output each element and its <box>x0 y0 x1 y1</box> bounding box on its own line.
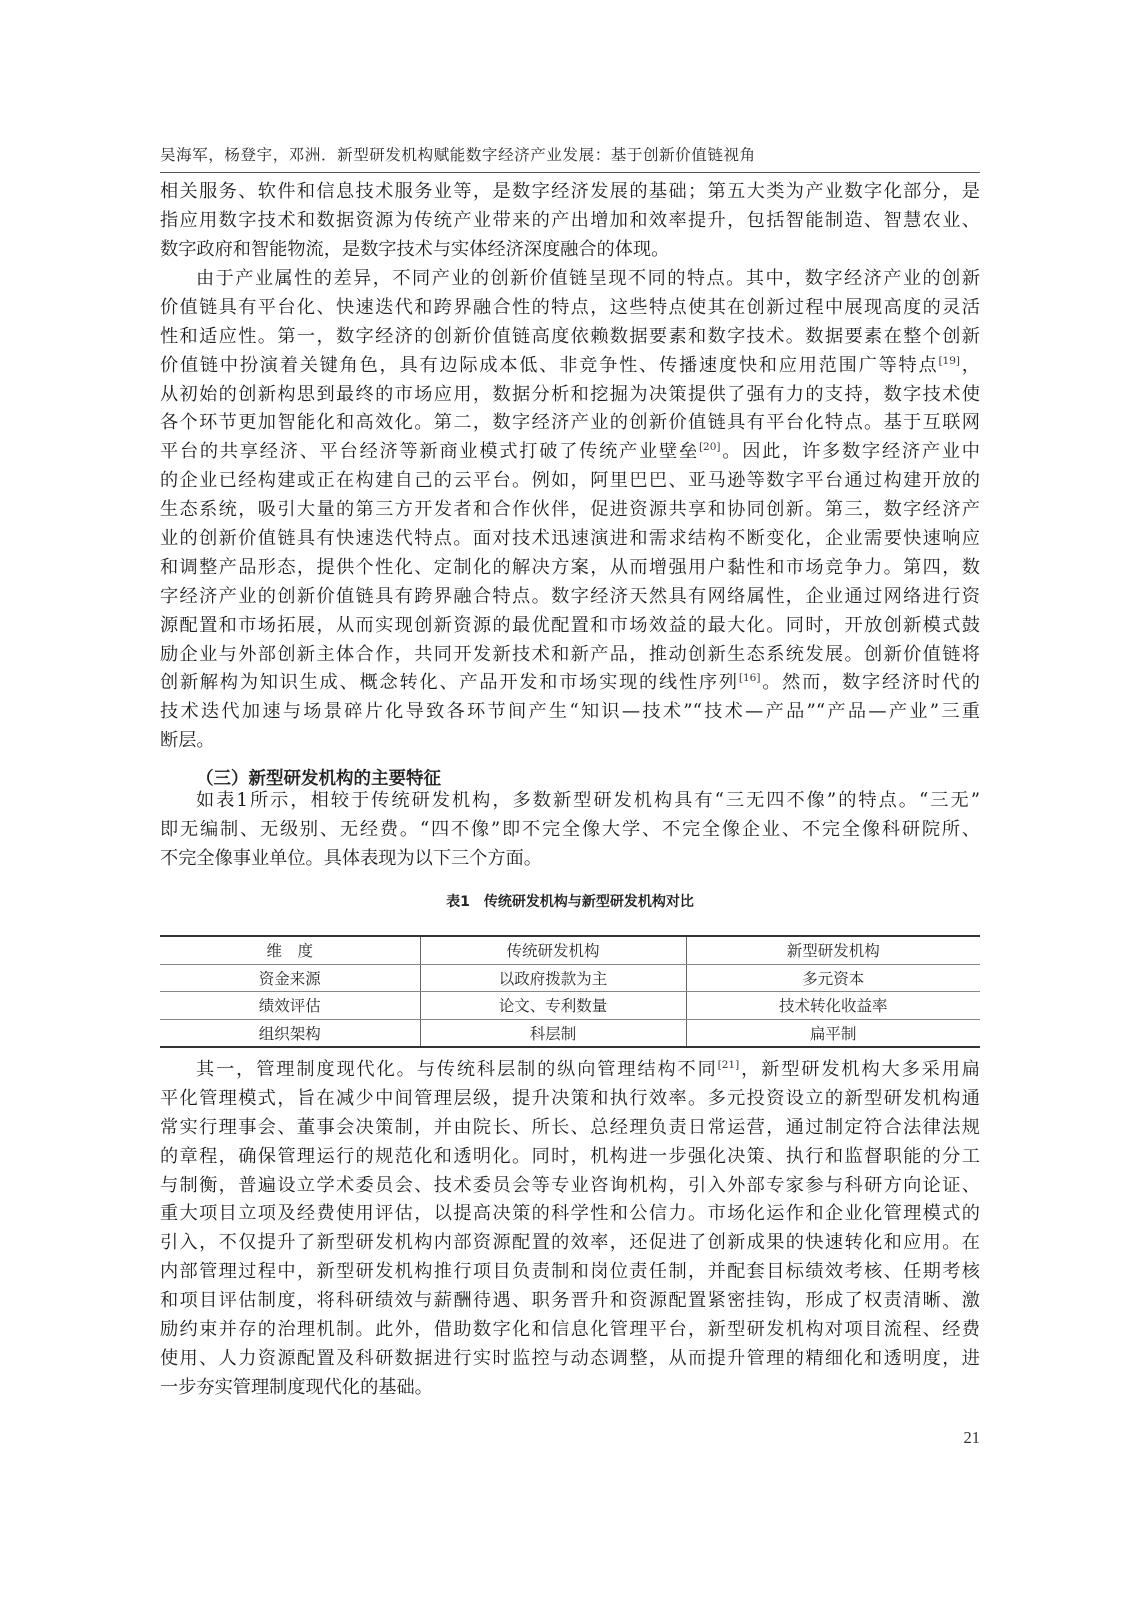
text-line: 如表1所示，相较于传统研发机构，多数新型研发机构具有“三无四不像”的特点。“三无… <box>160 787 980 816</box>
text-line: 生态系统，吸引大量的第三方开发者和合作伙伴，促进资源共享和协同创新。第三，数字经… <box>160 496 980 525</box>
text-line: 数字政府和智能物流，是数字技术与实体经济深度融合的体现。 <box>160 236 980 265</box>
citation-21[interactable]: [21] <box>718 1059 740 1071</box>
text-line: 引入，不仅提升了新型研发机构内部资源配置的效率，还促进了创新成果的快速转化和应用… <box>160 1229 980 1258</box>
paragraph-4: 其一，管理制度现代化。与传统科层制的纵向管理结构不同[21]，新型研发机构大多采… <box>160 1056 980 1403</box>
table-header-cell: 新型研发机构 <box>686 936 980 964</box>
table-row: 资金来源 以政府拨款为主 多元资本 <box>160 964 980 992</box>
table-cell: 科层制 <box>420 1019 686 1047</box>
text-segment: 。因此，许多数字经济产业中 <box>721 441 980 462</box>
text-line: 使用、人力资源配置及科研数据进行实时监控与动态调整，从而提升管理的精细化和透明度… <box>160 1345 980 1374</box>
table-cell: 绩效评估 <box>160 992 420 1020</box>
page-number: 21 <box>900 1428 980 1448</box>
text-segment: ，新型研发机构大多采用扁 <box>739 1059 980 1080</box>
text-line: 价值链具有平台化、快速迭代和跨界融合性的特点，这些特点使其在创新过程中展现高度的… <box>160 294 980 323</box>
table-caption: 表1传统研发机构与新型研发机构对比 <box>160 891 980 911</box>
journal-page: 吴海军，杨登宇，邓洲．新型研发机构赋能数字经济产业发展：基于创新价值链视角 相关… <box>0 0 1140 1600</box>
text-line: 常实行理事会、董事会决策制，并由院长、所长、总经理负责日常运营，通过制定符合法律… <box>160 1114 980 1143</box>
text-line: 不完全像事业单位。具体表现为以下三个方面。 <box>160 845 980 874</box>
comparison-table: 维 度 传统研发机构 新型研发机构 资金来源 以政府拨款为主 多元资本 绩效评估… <box>160 935 980 1048</box>
text-segment: 其一，管理制度现代化。与传统科层制的纵向管理结构不同 <box>196 1059 718 1080</box>
text-line: 源配置和市场拓展，从而实现创新资源的最优配置和市场效益的最大化。同时，开放创新模… <box>160 612 980 641</box>
table-row: 组织架构 科层制 扁平制 <box>160 1019 980 1047</box>
table-header-cell: 传统研发机构 <box>420 936 686 964</box>
text-line: 性和适应性。第一，数字经济的创新价值链高度依赖数据要素和数字技术。数据要素在整个… <box>160 323 980 352</box>
text-segment: 。然而，数字经济时代的 <box>760 672 980 693</box>
text-line-with-citation: 价值链中扮演着关键角色，具有边际成本低、非竞争性、传播速度快和应用范围广等特点[… <box>160 352 980 381</box>
text-line: 业的创新价值链具有快速迭代特点。面对技术迅速演进和需求结构不断变化，企业需要快速… <box>160 525 980 554</box>
table-cell: 资金来源 <box>160 964 420 992</box>
text-line: 与制衡，普遍设立学术委员会、技术委员会等专业咨询机构，引入外部专家参与科研方向论… <box>160 1172 980 1201</box>
text-line: 和项目评估制度，将科研绩效与薪酬待遇、职务晋升和资源配置紧密挂钩，形成了权责清晰… <box>160 1287 980 1316</box>
paragraph-3: 如表1所示，相较于传统研发机构，多数新型研发机构具有“三无四不像”的特点。“三无… <box>160 787 980 874</box>
text-line-with-citation: 平台的共享经济、平台经济等新商业模式打破了传统产业壁垒[20]。因此，许多数字经… <box>160 438 980 467</box>
text-line: 由于产业属性的差异，不同产业的创新价值链呈现不同的特点。其中，数字经济产业的创新 <box>160 265 980 294</box>
text-line-with-citation: 其一，管理制度现代化。与传统科层制的纵向管理结构不同[21]，新型研发机构大多采… <box>160 1056 980 1085</box>
text-line: 的企业已经构建或正在构建自己的云平台。例如，阿里巴巴、亚马逊等数字平台通过构建开… <box>160 467 980 496</box>
text-line: 字经济产业的创新价值链具有跨界融合特点。数字经济天然具有网络属性，企业通过网络进… <box>160 583 980 612</box>
text-line: 相关服务、软件和信息技术服务业等，是数字经济发展的基础；第五大类为产业数字化部分… <box>160 178 980 207</box>
table-header-cell: 维 度 <box>160 936 420 964</box>
text-line: 断层。 <box>160 727 980 756</box>
text-line: 从初始的创新构思到最终的市场应用，数据分析和挖掘为决策提供了强有力的支持，数字技… <box>160 381 980 410</box>
text-line: 重大项目立项及经费使用评估，以提高决策的科学性和公信力。市场化运作和企业化管理模… <box>160 1200 980 1229</box>
table-cell: 论文、专利数量 <box>420 992 686 1020</box>
text-line: 励企业与外部创新主体合作，共同开发新技术和新产品，推动创新生态系统发展。创新价值… <box>160 641 980 670</box>
text-segment: 平台的共享经济、平台经济等新商业模式打破了传统产业壁垒 <box>160 441 699 462</box>
text-segment: 创新解构为知识生成、概念转化、产品开发和市场实现的线性序列 <box>160 672 739 693</box>
citation-19[interactable]: [19] <box>938 355 960 367</box>
text-line: 和调整产品形态，提供个性化、定制化的解决方案，从而增强用户黏性和市场竞争力。第四… <box>160 554 980 583</box>
text-line: 一步夯实管理制度现代化的基础。 <box>160 1374 980 1403</box>
table-row: 绩效评估 论文、专利数量 技术转化收益率 <box>160 992 980 1020</box>
paragraph-1: 相关服务、软件和信息技术服务业等，是数字经济发展的基础；第五大类为产业数字化部分… <box>160 178 980 265</box>
text-segment: ， <box>960 355 980 376</box>
text-line: 指应用数字技术和数据资源为传统产业带来的产出增加和效率提升，包括智能制造、智慧农… <box>160 207 980 236</box>
table-header-row: 维 度 传统研发机构 新型研发机构 <box>160 936 980 964</box>
text-line: 的章程，确保管理运行的规范化和透明化。同时，机构进一步强化决策、执行和监督职能的… <box>160 1143 980 1172</box>
citation-20[interactable]: [20] <box>699 441 721 453</box>
running-head: 吴海军，杨登宇，邓洲．新型研发机构赋能数字经济产业发展：基于创新价值链视角 <box>160 143 980 165</box>
text-segment: 价值链中扮演着关键角色，具有边际成本低、非竞争性、传播速度快和应用范围广等特点 <box>160 355 938 376</box>
header-rule <box>160 172 980 173</box>
text-line: 技术迭代加速与场景碎片化导致各环节间产生“知识—技术”“技术—产品”“产品—产业… <box>160 698 980 727</box>
table-number: 表1 <box>446 894 470 910</box>
table-cell: 组织架构 <box>160 1019 420 1047</box>
text-line: 即无编制、无级别、无经费。“四不像”即不完全像大学、不完全像企业、不完全像科研院… <box>160 816 980 845</box>
table-title: 传统研发机构与新型研发机构对比 <box>484 894 694 910</box>
text-line: 各个环节更加智能化和高效化。第二，数字经济产业的创新价值链具有平台化特点。基于互… <box>160 409 980 438</box>
text-line: 平化管理模式，旨在减少中间管理层级，提升决策和执行效率。多元投资设立的新型研发机… <box>160 1085 980 1114</box>
table-cell: 多元资本 <box>686 964 980 992</box>
text-line-with-citation: 创新解构为知识生成、概念转化、产品开发和市场实现的线性序列[16]。然而，数字经… <box>160 669 980 698</box>
table-cell: 扁平制 <box>686 1019 980 1047</box>
text-line: 内部管理过程中，新型研发机构推行项目负责制和岗位责任制，并配套目标绩效考核、任期… <box>160 1258 980 1287</box>
citation-16[interactable]: [16] <box>739 672 761 684</box>
table-cell: 以政府拨款为主 <box>420 964 686 992</box>
table-cell: 技术转化收益率 <box>686 992 980 1020</box>
paragraph-2: 由于产业属性的差异，不同产业的创新价值链呈现不同的特点。其中，数字经济产业的创新… <box>160 265 980 756</box>
text-line: 励约束并存的治理机制。此外，借助数字化和信息化管理平台，新型研发机构对项目流程、… <box>160 1316 980 1345</box>
